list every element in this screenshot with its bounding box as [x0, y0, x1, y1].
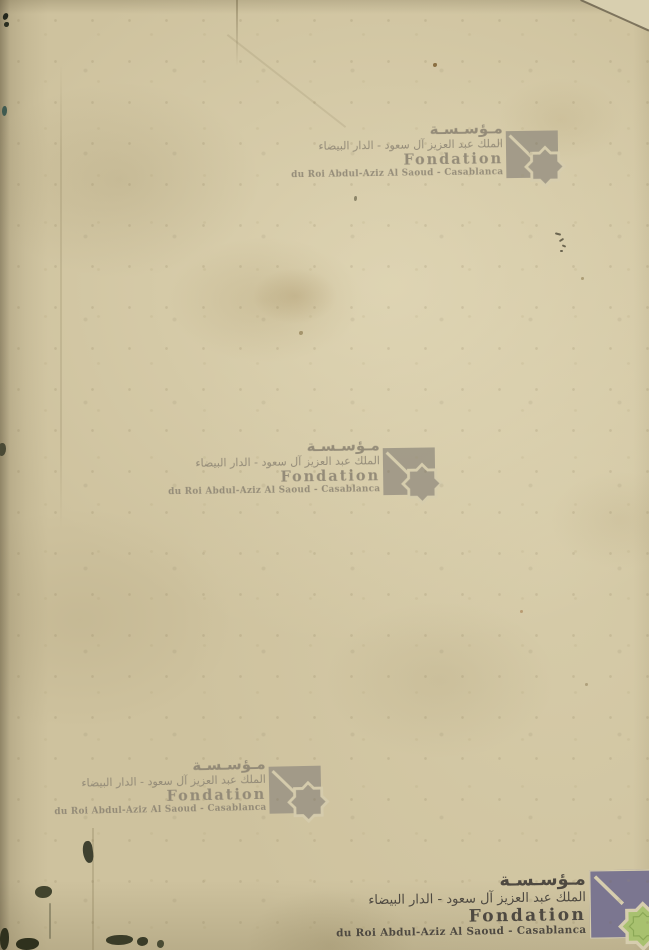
foundation-watermark-bottom-left: مـؤسـسـة الملك عبد العزيز آل سعود - الدا…: [95, 755, 321, 818]
paper-freckle: [581, 277, 584, 280]
foundation-logo-icon: [506, 130, 559, 178]
stamp-latin-title: Fondation: [468, 906, 586, 926]
crease-line: [227, 34, 346, 128]
watermark-text-block: مـؤسـسـة الملك عبد العزيز آل سعود - الدا…: [333, 120, 504, 180]
foundation-logo-icon: [589, 869, 649, 938]
stamp-latin-subtitle: du Roi Abdul-Aziz Al Saoud - Casablanca: [291, 167, 503, 181]
foundation-watermark-top: مـؤسـسـة الملك عبد العزيز آل سعود - الدا…: [333, 119, 559, 180]
paper-freckle: [585, 683, 588, 686]
pen-mark: [559, 238, 564, 242]
pen-mark: [560, 250, 563, 252]
scanned-book-page: مـؤسـسـة الملك عبد العزيز آل سعود - الدا…: [0, 0, 649, 950]
stamp-arabic-title: مـؤسـسـة: [306, 437, 379, 455]
pen-mark: [555, 232, 561, 235]
stamp-arabic-title: مـؤسـسـة: [429, 120, 502, 138]
stamp-latin-title: Fondation: [403, 151, 503, 168]
foundation-watermark-middle: مـؤسـسـة الملك عبد العزيز آل سعود - الدا…: [210, 436, 436, 497]
stamp-arabic-title: مـؤسـسـة: [499, 869, 586, 891]
paper-freckle: [299, 331, 303, 335]
stamp-latin-subtitle: du Roi Abdul-Aziz Al Saoud - Casablanca: [54, 803, 266, 818]
eight-pointed-star-icon: [288, 781, 329, 822]
crease-line: [236, 0, 238, 66]
ink-spot: [106, 935, 133, 945]
ink-spot: [0, 443, 6, 456]
foundation-logo-icon: [269, 766, 322, 814]
ink-spot: [2, 106, 7, 116]
pen-mark: [562, 244, 566, 247]
eight-pointed-star-icon: [525, 146, 566, 187]
watermark-text-block: مـؤسـسـة الملك عبد العزيز آل سعود - الدا…: [95, 756, 266, 817]
ink-spot: [157, 940, 164, 948]
ink-spot: [137, 937, 148, 946]
ink-dot: [354, 196, 357, 201]
watermark-text-block: مـؤسـسـة الملك عبد العزيز آل سعود - الدا…: [385, 869, 587, 940]
ink-spot: [0, 928, 9, 950]
stamp-arabic-title: مـؤسـسـة: [192, 756, 266, 775]
paper-freckle: [433, 63, 437, 67]
ink-spot: [4, 22, 9, 27]
stamp-latin-subtitle: du Roi Abdul-Aziz Al Saoud - Casablanca: [168, 484, 380, 498]
ink-spot: [16, 938, 39, 950]
scratch-mark: [49, 903, 51, 939]
stamp-latin-subtitle: du Roi Abdul-Aziz Al Saoud - Casablanca: [336, 925, 586, 941]
crease-line: [60, 60, 62, 530]
eight-pointed-star-icon: [619, 902, 649, 950]
ink-spot: [2, 12, 9, 20]
foundation-logo-icon: [383, 447, 436, 495]
eight-pointed-star-icon: [402, 463, 443, 504]
diagonal-line-icon: [594, 875, 624, 904]
paper-freckle: [520, 610, 523, 613]
watermark-text-block: مـؤسـسـة الملك عبد العزيز آل سعود - الدا…: [210, 437, 381, 497]
stamp-latin-title: Fondation: [280, 468, 380, 485]
ink-spot: [35, 886, 52, 898]
foundation-stamp-bottom-right: مـؤسـسـة الملك عبد العزيز آل سعود - الدا…: [385, 868, 649, 941]
